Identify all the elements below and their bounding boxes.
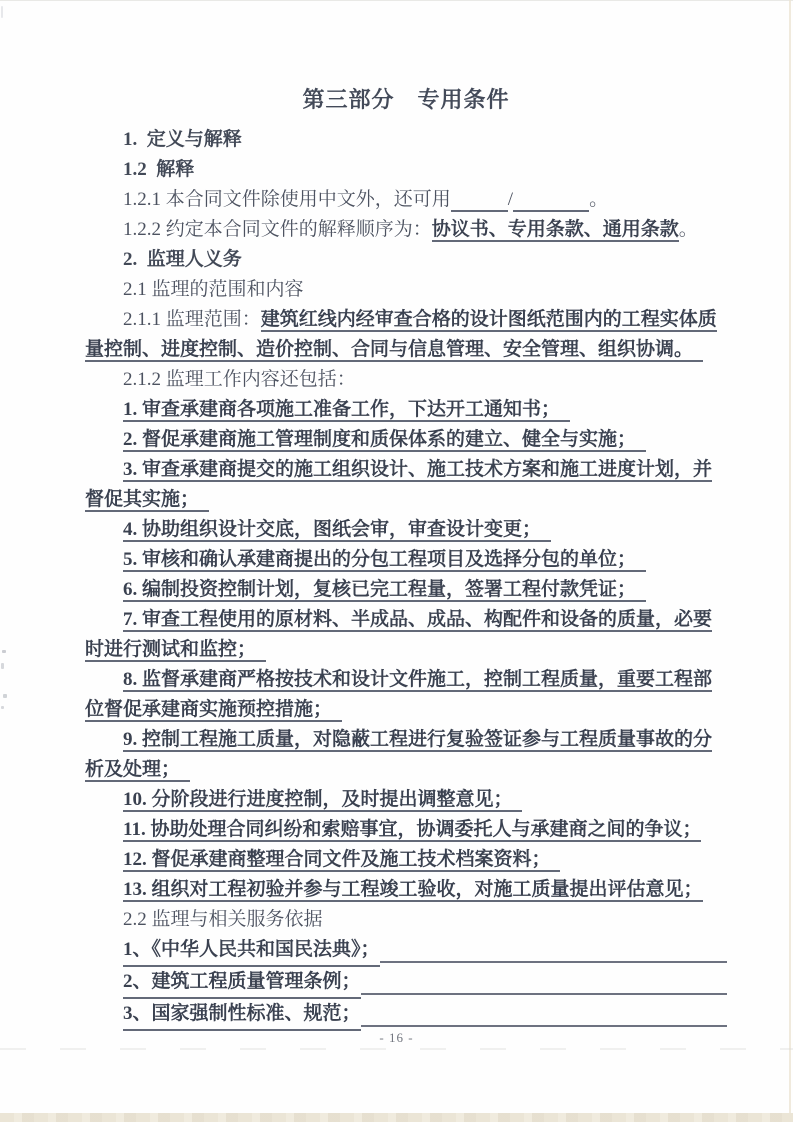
filled-in-text: 10. 分阶段进行进度控制，及时提出调整意见； xyxy=(123,789,522,812)
filled-in-text: 协议书、专用条款、通用条款 xyxy=(432,219,679,242)
scan-artifact-speck xyxy=(1,663,4,669)
template-text: 2.1.2 监理工作内容还包括： xyxy=(123,369,356,390)
filled-in-text: 12. 督促承建商整理合同文件及施工技术档案资料； xyxy=(123,849,560,872)
template-text: 2. 监理人义务 xyxy=(123,249,242,270)
filled-in-text: 1. 审查承建商各项施工准备工作，下达开工通知书； xyxy=(123,399,570,422)
clause-2-1-1-scope: 2.1.1 监理范围：建筑红线内经审查合格的设计图纸范围内的工程实体质量控制、进… xyxy=(85,305,727,365)
work-item-9: 9. 控制工程施工质量，对隐蔽工程进行复验签证参与工程质量事故的分析及处理； xyxy=(85,725,727,785)
blank-fill-line xyxy=(361,999,727,1027)
blank-fill-line xyxy=(361,967,727,995)
template-text: 。 xyxy=(679,219,698,240)
basis-item-1: 1、《中华人民共和国民法典》； xyxy=(85,935,727,967)
template-text: 2.1 监理的范围和内容 xyxy=(123,279,304,300)
heading-1-2-interpretation: 1.2 解释 xyxy=(85,155,727,185)
clause-2-1-2-content: 2.1.2 监理工作内容还包括： xyxy=(85,365,727,395)
document-title: 第三部分 专用条件 xyxy=(85,84,727,116)
work-item-7: 7. 审查工程使用的原材料、半成品、成品、构配件和设备的质量，必要时进行测试和监… xyxy=(85,605,727,665)
basis-item-2: 2、建筑工程质量管理条例； xyxy=(85,967,727,999)
work-item-4: 4. 协助组织设计交底，图纸会审，审查设计变更； xyxy=(85,515,727,545)
filled-in-text: 5. 审核和确认承建商提出的分包工程项目及选择分包的单位； xyxy=(123,549,646,572)
template-text: 1.2.1 本合同文件除使用中文外，还可用 xyxy=(123,189,451,210)
filled-in-text: 1、《中华人民共和国民法典》； xyxy=(123,935,380,967)
heading-1-definitions: 1. 定义与解释 xyxy=(85,125,727,155)
filled-in-text: 3、国家强制性标准、规范； xyxy=(123,999,361,1031)
template-text: 1. 定义与解释 xyxy=(123,129,242,150)
scan-artifact-speck xyxy=(1,706,4,709)
clause-2-2-basis: 2.2 监理与相关服务依据 xyxy=(85,905,727,935)
template-text: 1.2.2 约定本合同文件的解释顺序为： xyxy=(123,219,432,240)
filled-in-text: 13. 组织对工程初验并参与工程竣工验收，对施工质量提出评估意见； xyxy=(123,879,703,902)
filled-in-text: 4. 协助组织设计交底，图纸会审，审查设计变更； xyxy=(123,519,551,542)
template-text: 2.2 监理与相关服务依据 xyxy=(123,909,323,930)
template-text: 。 xyxy=(589,189,608,210)
page-number: - 16 - xyxy=(0,1030,793,1046)
scan-artifact-top-edge xyxy=(0,0,793,1)
filled-in-text: 3. 审查承建商提交的施工组织设计、施工技术方案和施工进度计划，并督促其实施； xyxy=(85,459,712,512)
filled-in-text: 7. 审查工程使用的原材料、半成品、成品、构配件和设备的质量，必要时进行测试和监… xyxy=(85,609,712,662)
work-item-12: 12. 督促承建商整理合同文件及施工技术档案资料； xyxy=(85,845,727,875)
template-text: 1.2 解释 xyxy=(123,159,194,180)
scanned-document-page: 第三部分 专用条件 1. 定义与解释1.2 解释1.2.1 本合同文件除使用中文… xyxy=(0,0,793,1122)
scan-artifact-speck xyxy=(2,650,6,653)
work-item-1: 1. 审查承建商各项施工准备工作，下达开工通知书； xyxy=(85,395,727,425)
clause-1-2-2: 1.2.2 约定本合同文件的解释顺序为：协议书、专用条款、通用条款。 xyxy=(85,215,727,245)
filled-in-text xyxy=(513,189,589,212)
filled-in-text: 8. 监督承建商严格按技术和设计文件施工，控制工程质量，重要工程部位督促承建商实… xyxy=(85,669,712,722)
blank-fill-line xyxy=(380,935,727,963)
work-item-6: 6. 编制投资控制计划，复核已完工程量，签署工程付款凭证； xyxy=(85,575,727,605)
work-item-5: 5. 审核和确认承建商提出的分包工程项目及选择分包的单位； xyxy=(85,545,727,575)
work-item-13: 13. 组织对工程初验并参与工程竣工验收，对施工质量提出评估意见； xyxy=(85,875,727,905)
filled-in-text: 9. 控制工程施工质量，对隐蔽工程进行复验签证参与工程质量事故的分析及处理； xyxy=(85,729,712,782)
scan-artifact-right-edge xyxy=(789,0,791,1113)
scan-artifact-speck xyxy=(1,6,3,18)
work-item-2: 2. 督促承建商施工管理制度和质保体系的建立、健全与实施； xyxy=(85,425,727,455)
scan-artifact-smudge-line xyxy=(0,1048,793,1050)
document-content: 第三部分 专用条件 1. 定义与解释1.2 解释1.2.1 本合同文件除使用中文… xyxy=(85,84,727,1031)
document-body: 1. 定义与解释1.2 解释1.2.1 本合同文件除使用中文外，还可用 / 。1… xyxy=(85,125,727,1031)
filled-in-text: 2. 督促承建商施工管理制度和质保体系的建立、健全与实施； xyxy=(123,429,646,452)
work-item-8: 8. 监督承建商严格按技术和设计文件施工，控制工程质量，重要工程部位督促承建商实… xyxy=(85,665,727,725)
filled-in-text xyxy=(451,189,508,212)
work-item-11: 11. 协助处理合同纠纷和索赔事宜，协调委托人与承建商之间的争议； xyxy=(85,815,727,845)
scan-artifact-speck xyxy=(3,694,7,698)
filled-in-text: 11. 协助处理合同纠纷和索赔事宜，协调委托人与承建商之间的争议； xyxy=(123,819,701,842)
filled-in-text: 6. 编制投资控制计划，复核已完工程量，签署工程付款凭证； xyxy=(123,579,646,602)
work-item-10: 10. 分阶段进行进度控制，及时提出调整意见； xyxy=(85,785,727,815)
heading-2-supervisor-obligations: 2. 监理人义务 xyxy=(85,245,727,275)
template-text: 2.1.1 监理范围： xyxy=(123,309,261,330)
clause-1-2-1: 1.2.1 本合同文件除使用中文外，还可用 / 。 xyxy=(85,185,727,215)
work-item-3: 3. 审查承建商提交的施工组织设计、施工技术方案和施工进度计划，并督促其实施； xyxy=(85,455,727,515)
basis-item-3: 3、国家强制性标准、规范； xyxy=(85,999,727,1031)
filled-in-text: 2、建筑工程质量管理条例； xyxy=(123,967,361,999)
clause-2-1: 2.1 监理的范围和内容 xyxy=(85,275,727,305)
scan-artifact-bottom-edge xyxy=(0,1113,793,1122)
